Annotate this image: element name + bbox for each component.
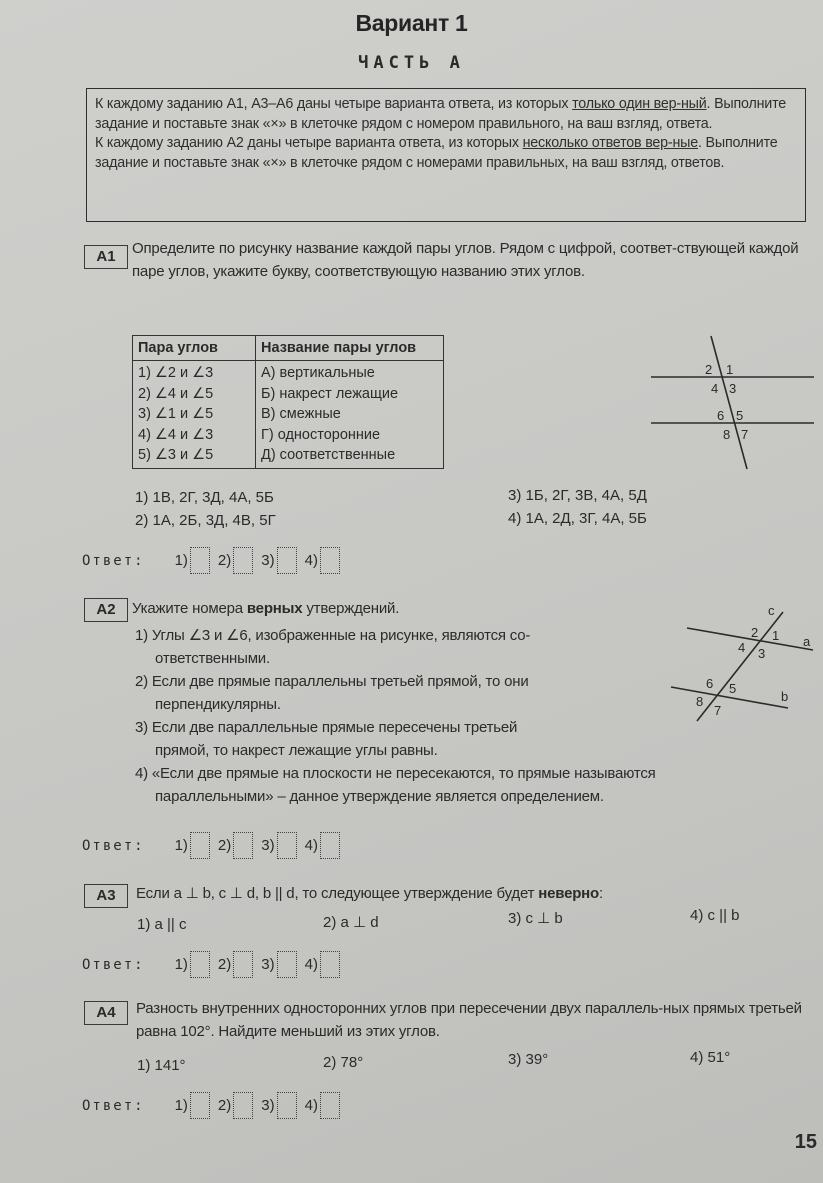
a4-answer-box-2[interactable] (233, 1092, 253, 1119)
svg-text:5: 5 (729, 681, 736, 696)
a2-answer-row: Ответ: 1) 2) 3) 4) (82, 832, 348, 859)
a3-option-4: 4) c || b (690, 907, 739, 924)
emphasis-only-one: только один вер-ный (572, 96, 706, 112)
task-tag-a2: А2 (84, 598, 128, 622)
a2-answer-box-1[interactable] (190, 832, 210, 859)
a2-transversal-figure: c a b 2 1 4 3 6 5 8 7 (660, 595, 823, 735)
a3-answer-box-3[interactable] (277, 951, 297, 978)
instructions-box: К каждому заданию А1, А3–А6 даны четыре … (86, 88, 806, 222)
a1-answer-box-3[interactable] (277, 547, 297, 574)
svg-text:b: b (781, 689, 788, 704)
task-a4-text: Разность внутренних односторонних углов … (136, 997, 816, 1043)
svg-text:c: c (768, 603, 775, 618)
a4-option-2: 2) 78° (323, 1054, 363, 1071)
answer-label: Ответ: (82, 553, 145, 569)
instructions-paragraph-1: К каждому заданию А1, А3–А6 даны четыре … (95, 95, 797, 134)
a4-answer-box-1[interactable] (190, 1092, 210, 1119)
task-tag-a1: А1 (84, 245, 128, 269)
a4-answer-row: Ответ: 1) 2) 3) 4) (82, 1092, 348, 1119)
a1-parallel-lines-figure: 2 1 4 3 6 5 8 7 (640, 325, 820, 475)
svg-text:3: 3 (729, 381, 736, 396)
a3-answer-box-2[interactable] (233, 951, 253, 978)
svg-text:4: 4 (738, 640, 745, 655)
svg-text:6: 6 (717, 408, 724, 423)
instructions-paragraph-2: К каждому заданию А2 даны четыре вариант… (95, 134, 797, 173)
workbook-page: Вариант 1 ЧАСТЬ А К каждому заданию А1, … (0, 0, 823, 1183)
svg-text:3: 3 (758, 646, 765, 661)
a2-answer-box-3[interactable] (277, 832, 297, 859)
a1-option-3: 3) 1Б, 2Г, 3В, 4А, 5Д (508, 487, 647, 504)
svg-text:5: 5 (736, 408, 743, 423)
svg-text:6: 6 (706, 676, 713, 691)
a4-option-3: 3) 39° (508, 1051, 548, 1068)
a2-answer-box-2[interactable] (233, 832, 253, 859)
a1-answer-row: Ответ: 1) 2) 3) 4) (82, 547, 348, 574)
task-tag-a4: А4 (84, 1001, 128, 1025)
svg-text:7: 7 (714, 703, 721, 718)
table-header-pairs: Пара углов (133, 336, 256, 361)
a3-answer-row: Ответ: 1) 2) 3) 4) (82, 951, 348, 978)
task-a1-text: Определите по рисунку название каждой па… (132, 237, 816, 283)
svg-text:8: 8 (723, 427, 730, 442)
a4-option-4: 4) 51° (690, 1049, 730, 1066)
variant-title: Вариант 1 (0, 10, 823, 37)
svg-text:4: 4 (711, 381, 718, 396)
a4-answer-box-4[interactable] (320, 1092, 340, 1119)
a3-option-3: 3) c ⊥ b (508, 909, 563, 927)
a4-option-1: 1) 141° (137, 1057, 186, 1074)
emphasis-several: несколько ответов вер-ные (523, 135, 698, 151)
a3-answer-box-4[interactable] (320, 951, 340, 978)
table-header-names: Название пары углов (256, 336, 444, 361)
a3-option-1: 1) a || c (137, 916, 186, 933)
a1-option-4: 4) 1А, 2Д, 3Г, 4А, 5Б (508, 510, 647, 527)
a3-option-2: 2) a ⊥ d (323, 913, 379, 931)
a1-answer-box-1[interactable] (190, 547, 210, 574)
svg-text:1: 1 (726, 362, 733, 377)
a1-option-2: 2) 1А, 2Б, 3Д, 4В, 5Г (135, 512, 276, 529)
a1-answer-box-2[interactable] (233, 547, 253, 574)
svg-text:2: 2 (705, 362, 712, 377)
svg-text:1: 1 (772, 628, 779, 643)
svg-text:7: 7 (741, 427, 748, 442)
task-a3-text: Если a ⊥ b, c ⊥ d, b || d, то следующее … (136, 882, 603, 905)
task-a2-text: Укажите номера верных утверждений. (132, 597, 399, 620)
pairs-column: 1) ∠2 и ∠3 2) ∠4 и ∠5 3) ∠1 и ∠5 4) ∠4 и… (133, 361, 256, 469)
a3-answer-box-1[interactable] (190, 951, 210, 978)
a1-answer-box-4[interactable] (320, 547, 340, 574)
task-tag-a3: А3 (84, 884, 128, 908)
a2-statement-4: 4) «Если две прямые на плоскости не пере… (135, 762, 823, 785)
angle-pairs-table: Пара углов Название пары углов 1) ∠2 и ∠… (132, 335, 444, 469)
svg-text:a: a (803, 634, 811, 649)
svg-text:8: 8 (696, 694, 703, 709)
part-heading: ЧАСТЬ А (0, 53, 823, 73)
names-column: А) вертикальные Б) накрест лежащие В) см… (256, 361, 444, 469)
a1-option-1: 1) 1В, 2Г, 3Д, 4А, 5Б (135, 489, 274, 506)
a2-answer-box-4[interactable] (320, 832, 340, 859)
svg-text:2: 2 (751, 625, 758, 640)
page-number: 15 (795, 1131, 817, 1154)
a4-answer-box-3[interactable] (277, 1092, 297, 1119)
